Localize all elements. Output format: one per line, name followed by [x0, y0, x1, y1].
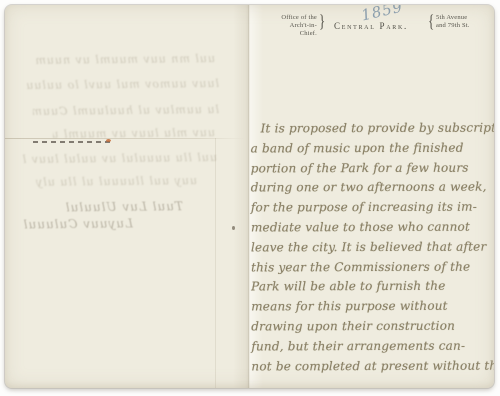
- address-line1: 5th Avenue: [436, 14, 470, 22]
- letter-paper: uul mn uuv muuml uv nuuml uu luuv uumov …: [5, 5, 494, 388]
- bleed-through-signature: Luyuuv Culuuul: [11, 216, 133, 231]
- handwriting-line: leave the city. It is believed that afte…: [251, 237, 492, 258]
- letter-body: It is proposed to provide by subscriptio…: [251, 119, 493, 377]
- handwriting-line: not be completed at present without the: [251, 356, 492, 377]
- center-fold-line: [248, 5, 249, 388]
- vertical-crease: [215, 138, 216, 388]
- handwriting-line: portion of the Park for a few hours: [251, 158, 492, 179]
- office-title-line1: Office of the: [273, 14, 317, 22]
- bleed-through-line: luuv uumov mul uuvl lo uuluuml nu: [27, 77, 219, 92]
- handwriting-line: mediate value to those who cannot: [251, 218, 492, 239]
- address-line2: and 79th St.: [436, 22, 470, 30]
- address: 5th Avenue and 79th St.: [436, 14, 470, 30]
- page-left: uul mn uuv muuml uv nuuml uu luuv uumov …: [5, 5, 245, 388]
- handwriting-line: It is proposed to provide by subscriptio…: [251, 119, 492, 140]
- handwriting-line: drawing upon their construction: [251, 317, 492, 338]
- bleed-through-signature: Tuul Luv Uluulul: [33, 199, 183, 215]
- bleed-through-line: uul mn uuv muuml uv nuuml uu: [35, 52, 215, 67]
- office-title-line2: Arch't-in-Chief.: [273, 22, 317, 38]
- handwriting-line: fund, but their arrangements can-: [251, 336, 492, 357]
- bleed-through-line: uuy uul lluuuul ul llu uly: [29, 174, 197, 189]
- ink-dot: [106, 139, 111, 142]
- pencil-mark: [33, 141, 113, 143]
- brace-left: {: [428, 11, 434, 33]
- handwriting-line: this year the Commissioners of the: [251, 257, 492, 278]
- handwriting-line: for the purpose of increasing its im-: [251, 198, 492, 219]
- handwriting-line: means for this purpose without: [251, 297, 492, 318]
- bleed-through-line: lu uumluv ul huuluuml Cuuml uv: [33, 103, 219, 118]
- bleed-through-line: uul llu uuuulul uv uulul luuv llu: [23, 151, 217, 166]
- letter-scan: uul mn uuv muuml uv nuuml uu luuv uumov …: [0, 0, 500, 396]
- brace-right: }: [319, 11, 325, 33]
- handwriting-line: during one or two afternoons a week,: [251, 178, 492, 199]
- office-title: Office of the Arch't-in-Chief.: [273, 14, 317, 38]
- horizontal-crease: [5, 138, 245, 139]
- handwriting-line: a band of music upon the finished: [251, 138, 492, 159]
- handwriting-line: Park will be able to furnish the: [251, 277, 492, 298]
